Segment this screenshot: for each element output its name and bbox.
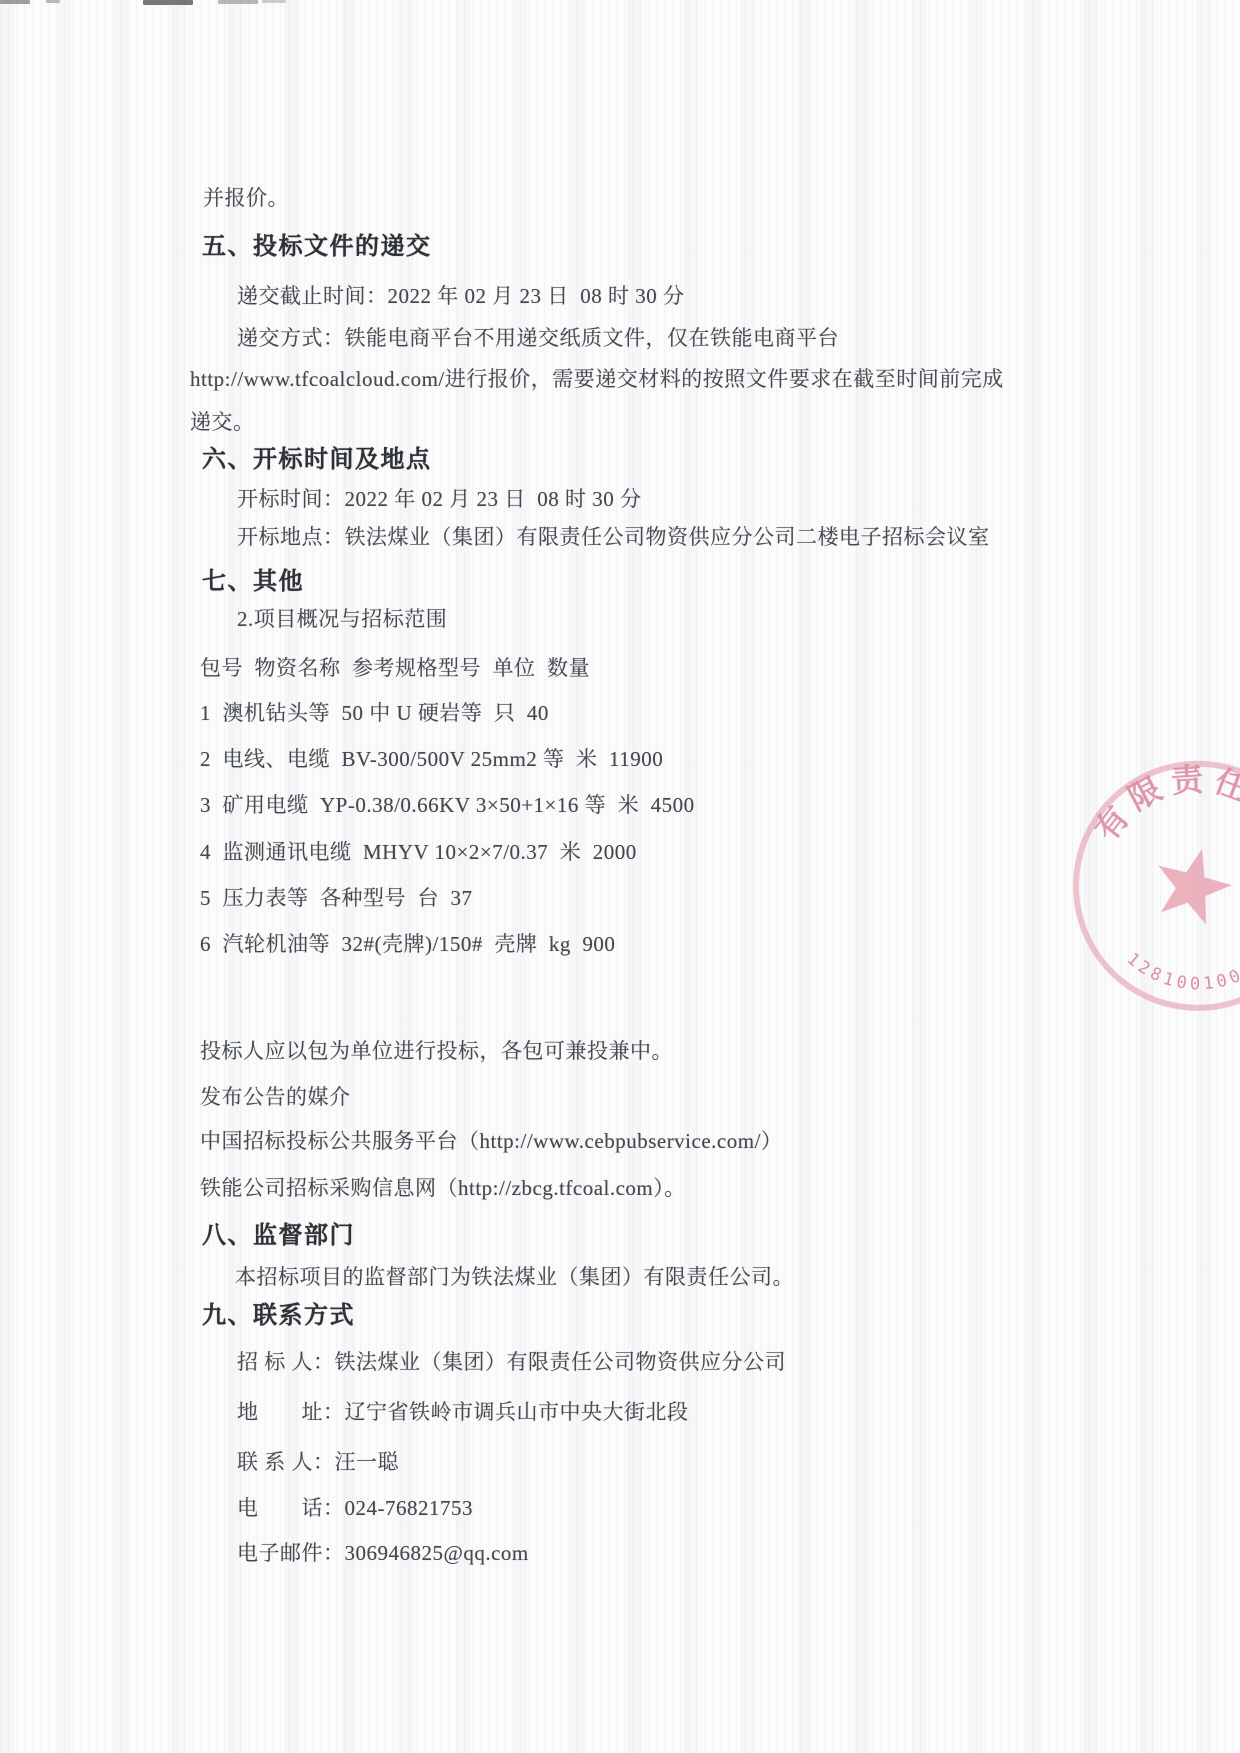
table-row: 2 电线、电缆 BV-300/500V 25mm2 等 米 11900: [200, 746, 663, 773]
table-row: 4 监测通讯电缆 MHYV 10×2×7/0.37 米 2000: [200, 839, 637, 866]
line-project-scope: 2.项目概况与招标范围: [237, 606, 447, 633]
star-icon: [1147, 839, 1239, 929]
line-media-title: 发布公告的媒介: [200, 1084, 351, 1111]
line-open-time: 开标时间：2022 年 02 月 23 日 08 时 30 分: [237, 486, 642, 513]
heading-section-6: 六、开标时间及地点: [202, 446, 432, 473]
scan-artifact: [143, 0, 193, 5]
line-supervision: 本招标项目的监督部门为铁法煤业（集团）有限责任公司。: [235, 1264, 794, 1291]
line-open-place: 开标地点：铁法煤业（集团）有限责任公司物资供应分公司二楼电子招标会议室: [237, 524, 990, 551]
scan-artifact: [262, 0, 286, 3]
contact-email: 电子邮件：306946825@qq.com: [237, 1540, 529, 1567]
line-intro: 并报价。: [203, 185, 289, 212]
line-submit-ending: 递交。: [190, 409, 255, 436]
heading-section-7: 七、其他: [202, 568, 304, 595]
line-submit-method: 递交方式：铁能电商平台不用递交纸质文件，仅在铁能电商平台: [237, 325, 839, 352]
line-media-platform: 中国招标投标公共服务平台（http://www.cebpubservice.co…: [200, 1128, 782, 1155]
heading-section-8: 八、监督部门: [202, 1222, 355, 1249]
line-bid-note: 投标人应以包为单位进行投标，各包可兼投兼中。: [200, 1038, 673, 1065]
table-row: 5 压力表等 各种型号 台 37: [200, 885, 473, 912]
company-seal: 有限责任公 128100100: [1059, 745, 1240, 1027]
table-row: 1 澳机钻头等 50 中 U 硬岩等 只 40: [200, 700, 549, 727]
contact-phone: 电 话：024-76821753: [237, 1495, 473, 1522]
scan-artifact: [46, 0, 60, 3]
heading-section-5: 五、投标文件的递交: [202, 233, 432, 260]
table-row: 6 汽轮机油等 32#(壳牌)/150# 壳牌 kg 900: [200, 931, 615, 958]
line-media-site: 铁能公司招标采购信息网（http://zbcg.tfcoal.com）。: [200, 1175, 686, 1202]
heading-section-9: 九、联系方式: [202, 1302, 355, 1329]
scanned-document-page: 并报价。 五、投标文件的递交 递交截止时间：2022 年 02 月 23 日 0…: [0, 0, 1240, 1753]
scan-artifact: [218, 0, 258, 4]
contact-bidder: 招 标 人：铁法煤业（集团）有限责任公司物资供应分公司: [237, 1349, 786, 1376]
contact-person: 联 系 人：汪一聪: [237, 1449, 399, 1476]
line-submit-url: http://www.tfcoalcloud.com/进行报价，需要递交材料的按…: [190, 366, 1004, 393]
line-submit-deadline: 递交截止时间：2022 年 02 月 23 日 08 时 30 分: [237, 283, 685, 310]
table-row: 3 矿用电缆 YP-0.38/0.66KV 3×50+1×16 等 米 4500: [200, 792, 695, 819]
scan-artifact: [0, 0, 30, 4]
contact-address: 地 址：辽宁省铁岭市调兵山市中央大街北段: [237, 1399, 689, 1426]
table-header: 包号 物资名称 参考规格型号 单位 数量: [200, 655, 590, 682]
